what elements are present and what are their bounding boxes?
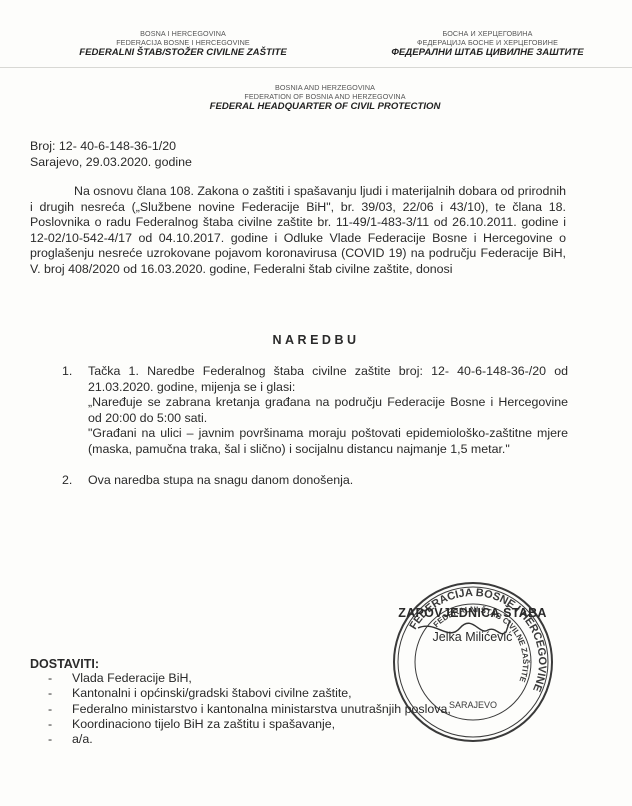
- distribution-item: -Vlada Federacije BiH,: [30, 671, 451, 686]
- header-cyrillic: БОСНА И ХЕРЦЕГОВИНА ФЕДЕРАЦИЈА БОСНЕ И Х…: [355, 30, 620, 59]
- item-line: Ova naredba stupa na snagu danom donošen…: [88, 473, 568, 489]
- distribution-item: -Koordinaciono tijelo BiH za zaštitu i s…: [30, 717, 451, 732]
- item-line: Tačka 1. Naredbe Federalnog štaba civiln…: [88, 364, 568, 395]
- signatory-role: ZAPOVJEDNICA ŠTABA: [370, 606, 575, 620]
- distribution-heading: DOSTAVITI:: [30, 657, 451, 671]
- header-divider: [0, 67, 632, 68]
- header-institution: FEDERALNI ŠTAB/STOŽER CIVILNE ZAŠTITE: [58, 47, 308, 59]
- header-federation-english: FEDERATION OF BOSNIA AND HERZEGOVINA: [150, 93, 500, 102]
- item-number: 1.: [62, 364, 72, 380]
- distribution-list: DOSTAVITI: -Vlada Federacije BiH, -Kanto…: [30, 657, 451, 747]
- document-title: NAREDBU: [0, 333, 632, 347]
- signatory-name: Jelka Milićević: [370, 630, 575, 644]
- reference-number: Broj: 12- 40-6-148-36-1/20: [30, 139, 192, 155]
- order-item-2: 2. Ova naredba stupa na snagu danom dono…: [62, 473, 568, 489]
- item-line: „Naređuje se zabrana kretanja građana na…: [88, 395, 568, 426]
- distribution-item: -Kantonalni i općinski/gradski štabovi c…: [30, 686, 451, 701]
- distribution-item: -a/a.: [30, 732, 451, 747]
- header-federation-cyrillic: ФЕДЕРАЦИЈА БОСНЕ И ХЕРЦЕГОВИНЕ: [355, 39, 620, 48]
- header-institution-cyrillic: ФЕДЕРАЛНИ ШТАБ ЦИВИЛНЕ ЗАШТИТЕ: [355, 47, 620, 59]
- place-date: Sarajevo, 29.03.2020. godine: [30, 155, 192, 171]
- preamble-text: Na osnovu člana 108. Zakona o zaštiti i …: [30, 184, 566, 276]
- header-english: BOSNIA AND HERZEGOVINA FEDERATION OF BOS…: [150, 84, 500, 113]
- stamp-city: SARAJEVO: [449, 700, 497, 710]
- header-institution-english: FEDERAL HEADQUARTER OF CIVIL PROTECTION: [150, 101, 500, 113]
- order-items: 1. Tačka 1. Naredbe Federalnog štaba civ…: [62, 364, 568, 489]
- signature-block: ZAPOVJEDNICA ŠTABA Jelka Milićević: [370, 606, 575, 644]
- reference-block: Broj: 12- 40-6-148-36-1/20 Sarajevo, 29.…: [30, 139, 192, 170]
- preamble-paragraph: Na osnovu člana 108. Zakona o zaštiti i …: [30, 184, 566, 277]
- header-latin: BOSNA I HERCEGOVINA FEDERACIJA BOSNE I H…: [58, 30, 308, 59]
- header-federation: FEDERACIJA BOSNE I HERCEGOVINE: [58, 39, 308, 48]
- item-number: 2.: [62, 473, 72, 489]
- distribution-item: -Federalno ministarstvo i kantonalna min…: [30, 702, 451, 717]
- order-item-1: 1. Tačka 1. Naredbe Federalnog štaba civ…: [62, 364, 568, 457]
- item-line: "Građani na ulici – javnim površinama mo…: [88, 426, 568, 457]
